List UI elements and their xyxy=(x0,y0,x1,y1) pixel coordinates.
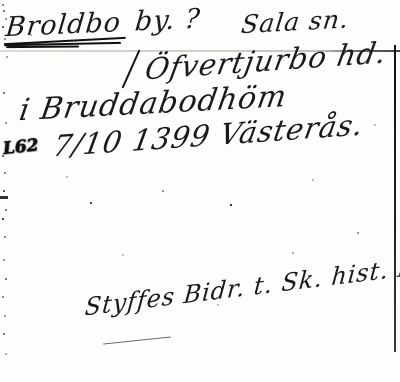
left-edge-mark xyxy=(0,196,8,199)
source-reference: Styffes Bidr. t. Sk. hist. II. xyxy=(84,253,400,319)
margin-note: L62 xyxy=(2,137,39,158)
scan-edge-line xyxy=(394,45,396,352)
pen-flourish xyxy=(122,49,141,88)
headline-row: Broldboby. ? xyxy=(4,5,201,41)
source-underline-flourish xyxy=(103,336,171,344)
parish-name: Sala sn. xyxy=(240,6,351,37)
place-type-annotation: by. ? xyxy=(134,3,203,37)
scan-noise-speckles xyxy=(2,4,4,6)
district-line: Öfvertjurbo hd. Vstm. xyxy=(143,31,400,84)
archive-index-card: Broldboby. ? Sala sn. Öfvertjurbo hd. Vs… xyxy=(0,0,400,382)
